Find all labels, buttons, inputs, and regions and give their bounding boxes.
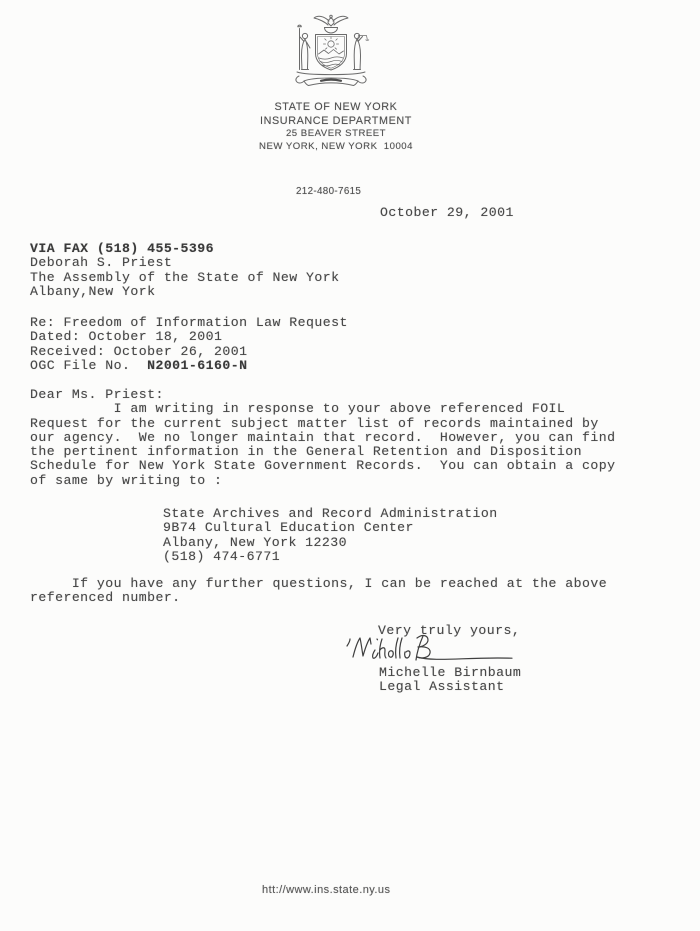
closing-paragraph: If you have any further questions, I can…: [30, 577, 607, 606]
letterhead-phone: 212-480-7615: [296, 186, 361, 197]
body-line: Schedule for New York State Government R…: [30, 459, 615, 473]
archives-address-block: State Archives and Record Administration…: [163, 507, 498, 564]
letterhead-city-zip: NEW YORK, NEW YORK 10004: [0, 141, 672, 153]
ny-state-seal: [287, 10, 375, 98]
body-line: Request for the current subject matter l…: [30, 417, 615, 431]
ogc-file-line: OGC File No. N2001-6160-N: [30, 359, 348, 373]
reference-block: Re: Freedom of Information Law Request D…: [30, 316, 348, 373]
scanned-letter-page: STATE OF NEW YORK INSURANCE DEPARTMENT 2…: [0, 0, 700, 931]
ogc-file-number: N2001-6160-N: [147, 358, 247, 373]
recipient-city: Albany,New York: [30, 285, 339, 299]
recipient-block: VIA FAX (518) 455-5396 Deborah S. Priest…: [30, 242, 339, 299]
date-line: October 29, 2001: [380, 206, 514, 220]
signature-script-icon: [344, 630, 534, 670]
via-fax-line: VIA FAX (518) 455-5396: [30, 242, 339, 256]
salutation: Dear Ms. Priest:: [30, 388, 615, 402]
letter-body: Dear Ms. Priest: I am writing in respons…: [30, 388, 615, 488]
archives-line: State Archives and Record Administration: [163, 507, 498, 521]
recipient-org: The Assembly of the State of New York: [30, 271, 339, 285]
body-line: If you have any further questions, I can…: [30, 577, 607, 591]
letterhead: STATE OF NEW YORK INSURANCE DEPARTMENT 2…: [0, 101, 672, 153]
body-line: the pertinent information in the General…: [30, 445, 615, 459]
letterhead-agency-line1: STATE OF NEW YORK: [0, 101, 672, 115]
recipient-name: Deborah S. Priest: [30, 256, 339, 270]
body-line: of same by writing to :: [30, 474, 615, 488]
signature-title: Legal Assistant: [379, 680, 504, 694]
archives-line: 9B74 Cultural Education Center: [163, 521, 498, 535]
archives-line: Albany, New York 12230: [163, 536, 498, 550]
footer-url: htt://www.ins.state.ny.us: [262, 884, 390, 896]
letterhead-street: 25 BEAVER STREET: [0, 128, 672, 140]
ogc-file-label: OGC File No.: [30, 358, 147, 373]
handwritten-signature: [344, 630, 534, 670]
ny-coat-of-arms-icon: [287, 10, 375, 98]
archives-line: (518) 474-6771: [163, 550, 498, 564]
re-line: Re: Freedom of Information Law Request: [30, 316, 348, 330]
body-line: I am writing in response to your above r…: [30, 402, 615, 416]
body-line: referenced number.: [30, 591, 607, 605]
dated-line: Dated: October 18, 2001: [30, 330, 348, 344]
received-line: Received: October 26, 2001: [30, 345, 348, 359]
body-line: our agency. We no longer maintain that r…: [30, 431, 615, 445]
letterhead-agency-line2: INSURANCE DEPARTMENT: [0, 115, 672, 129]
